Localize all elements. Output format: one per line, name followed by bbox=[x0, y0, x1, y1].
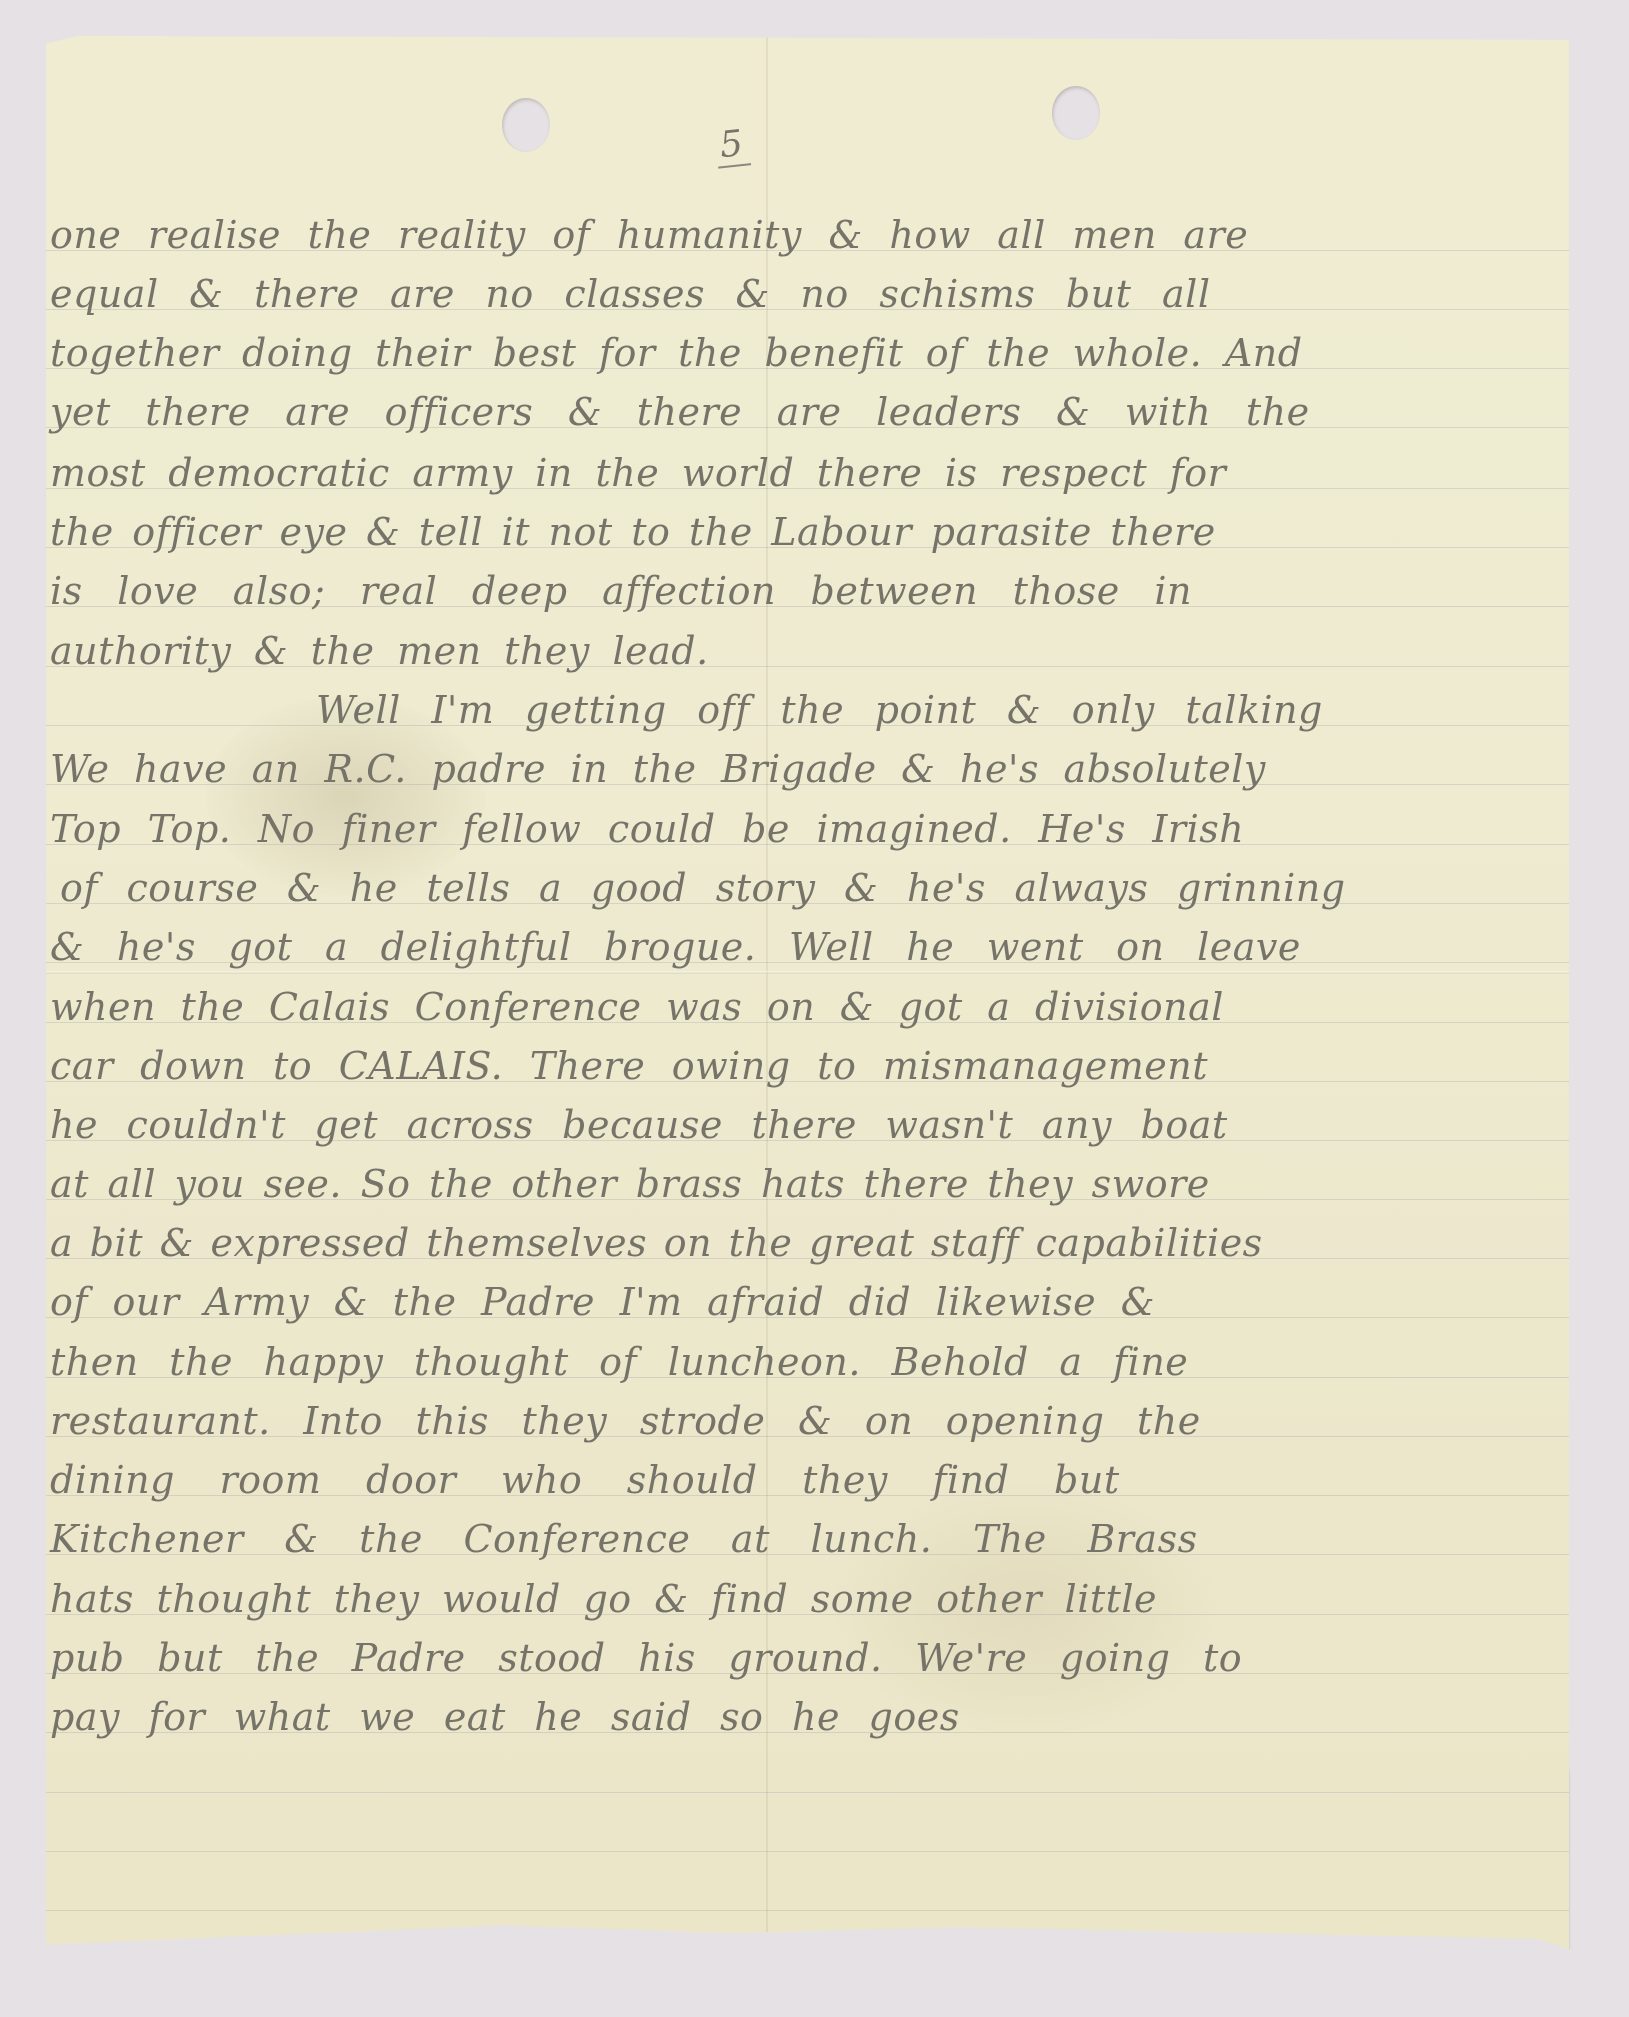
punch-hole-right bbox=[1052, 86, 1100, 140]
text-line: most democratic army in the world there … bbox=[50, 454, 1226, 492]
text-line: at all you see. So the other brass hats … bbox=[50, 1165, 1210, 1203]
text-line: car down to CALAIS. There owing to misma… bbox=[50, 1047, 1208, 1085]
ruled-line bbox=[46, 1792, 1569, 1793]
page-number: 5 bbox=[714, 122, 751, 168]
text-line: of course & he tells a good story & he's… bbox=[60, 869, 1346, 907]
text-line: one realise the reality of humanity & ho… bbox=[50, 216, 1248, 254]
text-line: dining room door who should they find bu… bbox=[50, 1461, 1120, 1499]
letter-page: 5 one realise the reality of humanity & … bbox=[46, 36, 1569, 1960]
text-line: Well I'm getting off the point & only ta… bbox=[316, 691, 1323, 729]
text-line: & he's got a delightful brogue. Well he … bbox=[50, 928, 1301, 966]
text-line: pub but the Padre stood his ground. We'r… bbox=[50, 1639, 1242, 1677]
text-line: We have an R.C. padre in the Brigade & h… bbox=[50, 750, 1266, 788]
text-line: of our Army & the Padre I'm afraid did l… bbox=[50, 1283, 1155, 1321]
text-line: then the happy thought of luncheon. Beho… bbox=[50, 1343, 1188, 1381]
ruled-line bbox=[46, 1851, 1569, 1852]
horizontal-fold-crease bbox=[46, 971, 1569, 974]
text-line: is love also; real deep affection betwee… bbox=[50, 572, 1192, 610]
text-line: pay for what we eat he said so he goes bbox=[50, 1698, 960, 1736]
text-line: hats thought they would go & find some o… bbox=[50, 1580, 1157, 1618]
text-line: Top Top. No finer fellow could be imagin… bbox=[50, 810, 1244, 848]
text-line: restaurant. Into this they strode & on o… bbox=[50, 1402, 1201, 1440]
text-line: a bit & expressed themselves on the grea… bbox=[50, 1224, 1263, 1262]
text-line: together doing their best for the benefi… bbox=[50, 334, 1303, 372]
text-line: equal & there are no classes & no schism… bbox=[50, 275, 1211, 313]
punch-hole-left bbox=[502, 98, 550, 152]
text-line: he couldn't get across because there was… bbox=[50, 1106, 1228, 1144]
text-line: authority & the men they lead. bbox=[50, 632, 709, 670]
text-line: the officer eye & tell it not to the Lab… bbox=[50, 513, 1216, 551]
text-line: yet there are officers & there are leade… bbox=[50, 393, 1310, 431]
text-line: Kitchener & the Conference at lunch. The… bbox=[50, 1520, 1198, 1558]
text-line: when the Calais Conference was on & got … bbox=[50, 988, 1224, 1026]
ruled-line bbox=[46, 1910, 1569, 1911]
